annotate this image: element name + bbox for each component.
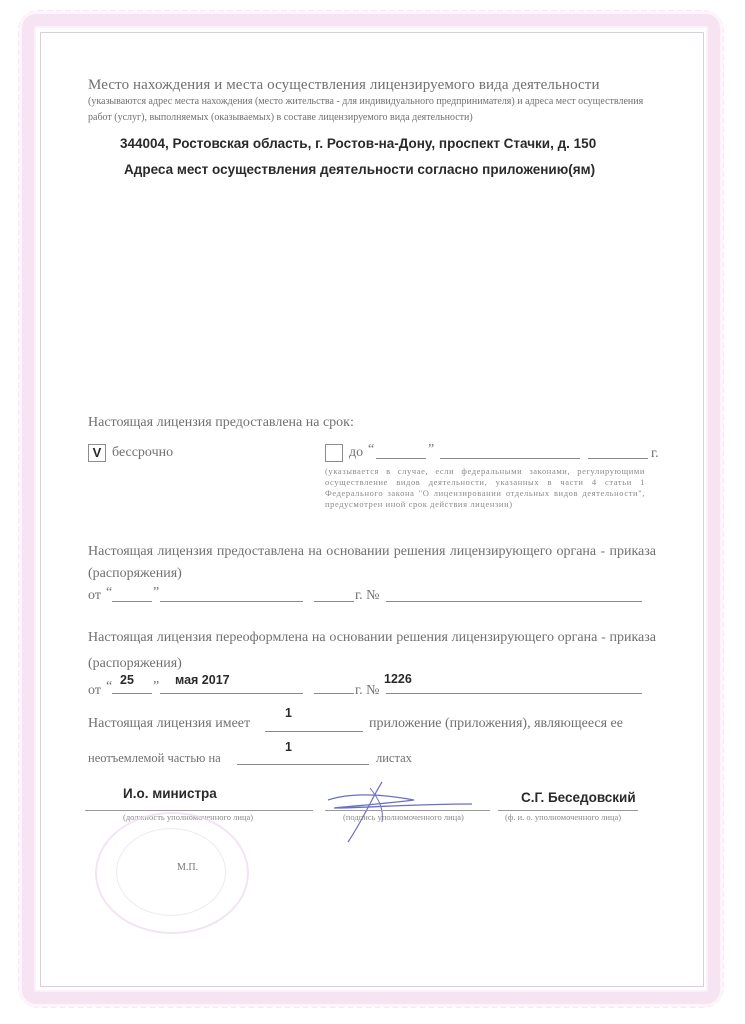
reissued-year-line <box>314 693 354 694</box>
quote-close: ” <box>428 442 434 458</box>
appendix-text-after: приложение (приложения), являющееся ее <box>369 716 623 732</box>
address-note: Адреса мест осуществления деятельности с… <box>124 162 595 177</box>
reissued-number: 1226 <box>384 672 412 686</box>
reissued-number-line <box>386 693 642 694</box>
until-year-field[interactable] <box>588 458 648 459</box>
name-line <box>498 810 638 811</box>
appendix-sheets-after: листах <box>376 751 412 766</box>
granted-quote-close: ” <box>153 585 159 601</box>
checkbox-until[interactable] <box>325 444 343 462</box>
location-heading-note: (указываются адрес места нахождения (мес… <box>88 96 643 123</box>
check-mark-icon: V <box>93 445 102 460</box>
granted-day-field[interactable] <box>112 601 152 602</box>
appendix-sheets: 1 <box>285 740 292 754</box>
name-caption: (ф. и. о. уполномоченного лица) <box>505 812 621 822</box>
appendix-count-line <box>265 731 363 732</box>
until-month-field[interactable] <box>440 458 580 459</box>
granted-from: от <box>88 588 101 604</box>
official-name: С.Г. Беседовский <box>521 790 636 805</box>
reissued-month-year-line <box>160 693 303 694</box>
official-position: И.о. министра <box>123 786 217 801</box>
appendix-sheets-before: неотъемлемой частью на <box>88 751 221 766</box>
reissued-day: 25 <box>120 673 134 687</box>
checkbox-unlimited[interactable]: V <box>88 444 106 462</box>
granted-year-field[interactable] <box>314 601 354 602</box>
term-note: (указывается в случае, если федеральными… <box>325 466 645 510</box>
appendix-sheets-line <box>237 764 369 765</box>
signature-line <box>325 810 490 811</box>
until-day-field[interactable] <box>376 458 426 459</box>
appendix-count: 1 <box>285 706 292 720</box>
quote-open: “ <box>368 442 374 458</box>
signature-caption: (подпись уполномоченного лица) <box>343 812 464 822</box>
seal-inner-ring-icon <box>116 828 226 916</box>
granted-quote-open: “ <box>106 585 112 601</box>
until-year-suffix: г. <box>651 446 659 462</box>
reissued-month-year: мая 2017 <box>175 673 230 687</box>
granted-label: Настоящая лицензия предоставлена на осно… <box>88 541 656 585</box>
option-until-label: до <box>349 445 363 461</box>
appendix-text-before: Настоящая лицензия имеет <box>88 716 250 732</box>
position-line <box>85 810 313 811</box>
reissued-day-line <box>112 693 152 694</box>
granted-month-year-field[interactable] <box>160 601 303 602</box>
address-text: 344004, Ростовская область, г. Ростов-на… <box>120 136 596 151</box>
option-unlimited-label: бессрочно <box>112 445 173 461</box>
granted-number-field[interactable] <box>386 601 642 602</box>
location-heading-block: Место нахождения и места осуществления л… <box>88 78 653 125</box>
reissued-label: Настоящая лицензия переоформлена на осно… <box>88 625 656 677</box>
reissued-year-no: г. № <box>355 683 380 699</box>
location-heading: Место нахождения и места осуществления л… <box>88 77 600 93</box>
seal-label: М.П. <box>177 862 198 873</box>
granted-year-no: г. № <box>355 588 380 604</box>
term-label: Настоящая лицензия предоставлена на срок… <box>88 415 354 431</box>
reissued-quote-close: ” <box>153 679 159 695</box>
reissued-from: от <box>88 683 101 699</box>
